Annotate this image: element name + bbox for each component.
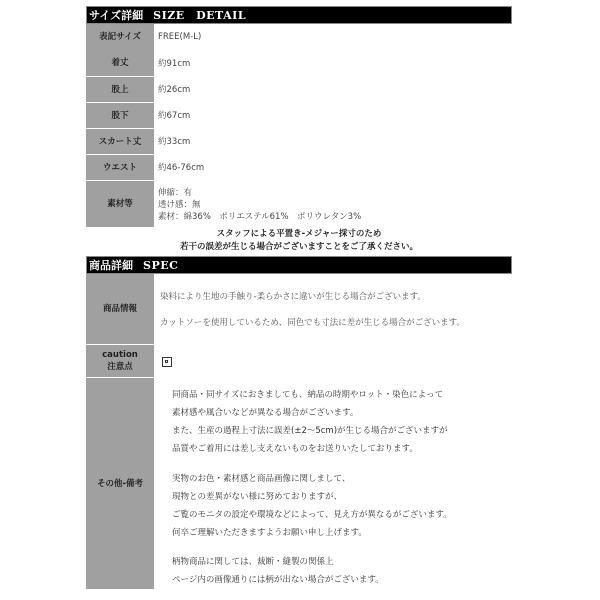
spec-row-product-info: 商品情報 染料により生地の手触り-柔らかさに違いが生じる場合がございます。 カッ… [86,274,512,345]
other-notes-paragraph: 実物のお色・素材感と商品画像に関しまして、 現物との差異がない様に努めております… [172,470,512,542]
product-detail-sheet: サイズ詳細SIZE DETAIL 表記サイズ FREE(M-L) 着丈 約91c… [86,6,512,589]
size-row-inseam: 股下 約67cm [86,103,512,129]
size-row-label-size: 表記サイズ FREE(M-L) [86,24,512,50]
size-row-value: 約67cm [154,103,512,129]
size-row-label: ウエスト [86,155,154,181]
size-row-label: 股下 [86,103,154,129]
other-notes-paragraph: 柄物商品に関しては、裁断・縫製の関係上 ページ内の画像通りには柄が出ない場合がご… [172,553,512,589]
caution-label-en: caution [102,349,138,361]
other-notes-line: 現物との差異がない様に努めておりますが、 [172,488,512,506]
care-label-box-icon [162,357,172,367]
size-detail-header: サイズ詳細SIZE DETAIL [86,6,512,24]
spec-row-other: その他-備考 同商品・同サイズにおきましても、納品の時期やロット・染色によって … [86,378,512,589]
other-notes-label: その他-備考 [86,378,154,589]
other-notes-line: また、生産の過程上寸法に誤差(±2〜5cm)が生じる場合がございますが [172,422,512,440]
size-detail-header-jp: サイズ詳細 [89,9,143,22]
size-row-label: 着丈 [86,50,154,77]
other-notes-line: 素材感や風合いなどが異なる場合がございます。 [172,404,512,422]
other-notes-value: 同商品・同サイズにおきましても、納品の時期やロット・染色によって 素材感や風合い… [154,378,512,589]
product-info-value: 染料により生地の手触り-柔らかさに違いが生じる場合がございます。 カットソーを使… [154,274,512,345]
size-detail-header-en: SIZE DETAIL [153,9,246,22]
material-label: 素材等 [86,181,154,227]
size-row-label: スカート丈 [86,129,154,155]
spec-header-jp: 商品詳細 [89,259,133,272]
size-row-value: 約26cm [154,77,512,103]
measurement-note: スタッフによる平置き-メジャー採寸のため 若干の誤差が生じる場合がございますこと… [86,227,512,256]
other-notes-line: 実物のお色・素材感と商品画像に関しまして、 [172,470,512,488]
product-info-label: 商品情報 [86,274,154,345]
caution-label: caution 注意点 [86,345,154,378]
other-notes-line: 同商品・同サイズにおきましても、納品の時期やロット・染色によって [172,386,512,404]
product-info-line: カットソーを使用しているため、同色でも寸法に差が生じる場合がございます。 [160,317,512,329]
size-row-value: 約46-76cm [154,155,512,181]
other-notes-line: ご覧のモニタの設定や環境などによって、見え方が異なるがございます。 [172,506,512,524]
other-notes-paragraph: 同商品・同サイズにおきましても、納品の時期やロット・染色によって 素材感や風合い… [172,386,512,458]
other-notes-line: 何卒ご理解いただきますようお願い申し上げます。 [172,524,512,542]
material-stretch: 伸縮：有 [158,187,512,199]
other-notes-line: 品質やご着用には差し支えないものをお送りいたしております。 [172,440,512,458]
other-notes-line: ページ内の画像通りには柄が出ない場合がございます。 [172,571,512,589]
size-row-value: 約33cm [154,129,512,155]
other-notes-line: 柄物商品に関しては、裁断・縫製の関係上 [172,553,512,571]
spec-header-en: SPEC [143,259,178,272]
spec-header: 商品詳細SPEC [86,256,512,274]
size-row-skirt-length: スカート丈 約33cm [86,129,512,155]
size-row-length: 着丈 約91cm [86,50,512,77]
size-row-label: 表記サイズ [86,24,154,50]
material-value: 伸縮：有 透け感：無 素材：綿36% ポリエステル61% ポリウレタン3% [154,181,512,227]
spec-row-caution: caution 注意点 [86,345,512,378]
caution-value [154,345,512,378]
material-sheerness: 透け感：無 [158,199,512,211]
measurement-note-line: 若干の誤差が生じる場合がございますことをご了承ください。 [86,241,512,254]
size-row-value: 約91cm [154,50,512,77]
size-row-label: 股上 [86,77,154,103]
size-row-waist: ウエスト 約46-76cm [86,155,512,181]
caution-label-jp: 注意点 [107,361,133,373]
size-row-rise: 股上 約26cm [86,77,512,103]
product-info-line: 染料により生地の手触り-柔らかさに違いが生じる場合がございます。 [160,291,512,303]
size-row-material: 素材等 伸縮：有 透け感：無 素材：綿36% ポリエステル61% ポリウレタン3… [86,181,512,227]
measurement-note-line: スタッフによる平置き-メジャー採寸のため [86,228,512,241]
size-row-value: FREE(M-L) [154,24,512,50]
material-composition: 素材：綿36% ポリエステル61% ポリウレタン3% [158,211,512,223]
